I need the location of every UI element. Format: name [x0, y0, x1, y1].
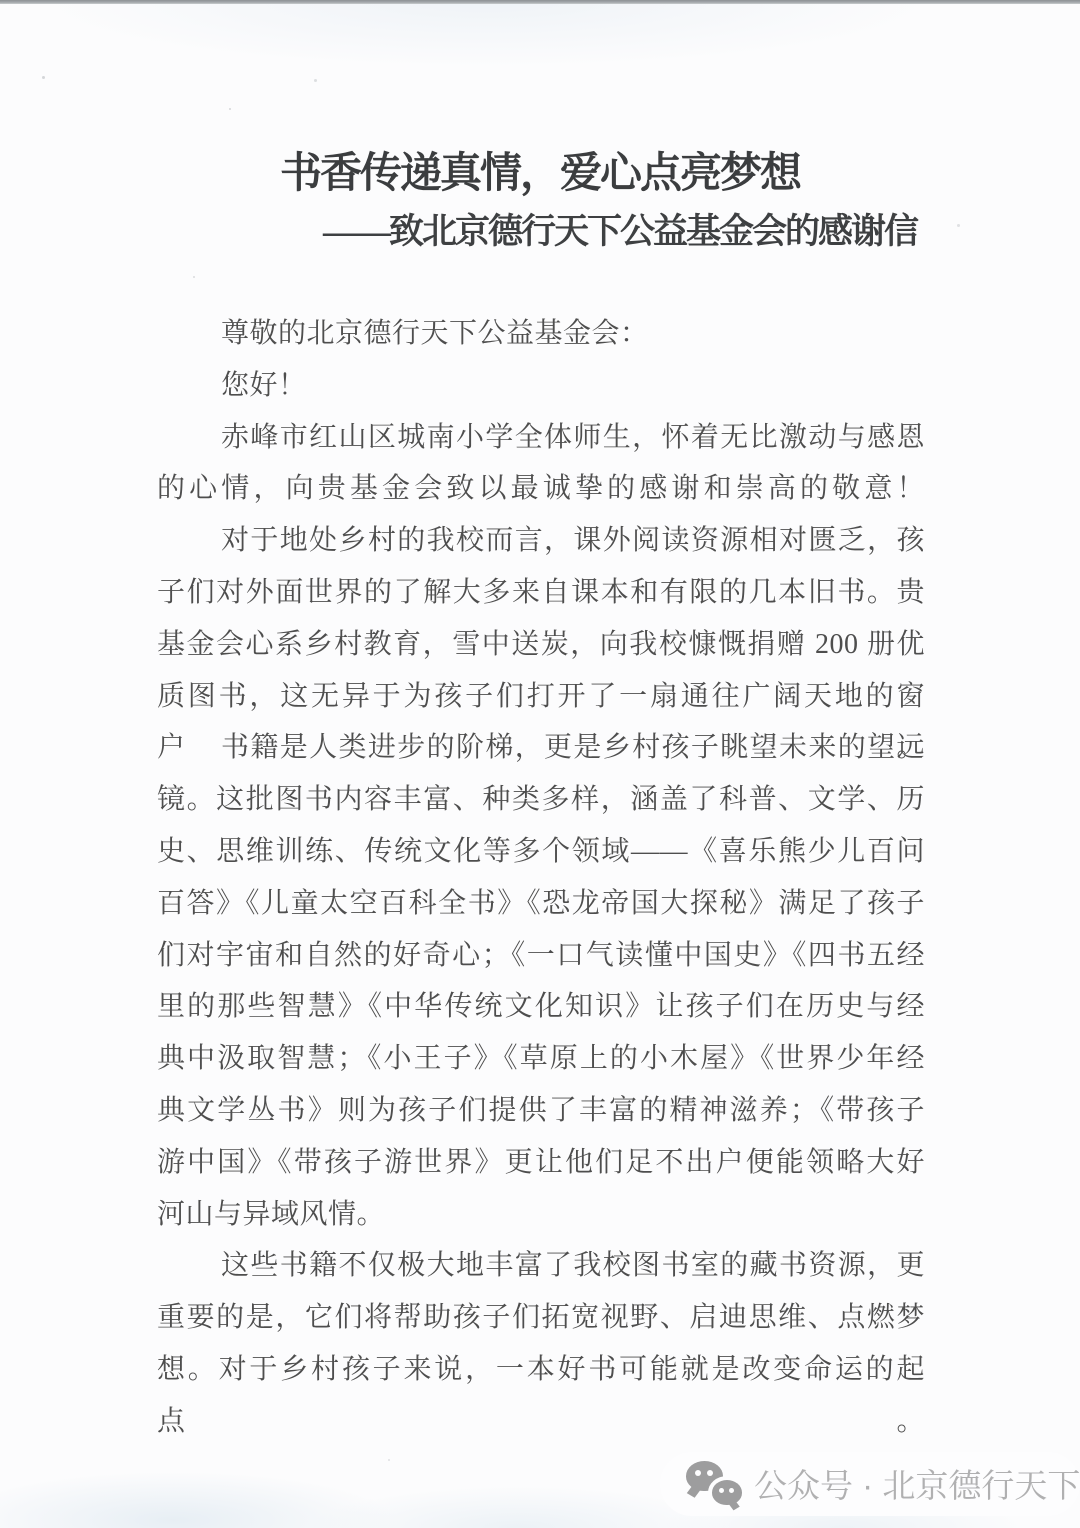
scan-speckle [314, 79, 317, 82]
wechat-bubble-small [712, 1480, 742, 1505]
letter-line: 史、思维训练、传统文化等多个领域——《喜乐熊少儿百问 [157, 826, 925, 878]
letter-line: 这些书籍不仅极大地丰富了我校图书室的藏书资源，更 [157, 1240, 925, 1292]
letter-line: 河山与异域风情。 [157, 1189, 925, 1241]
scanned-letter-page: 书香传递真情，爱心点亮梦想 ——致北京德行天下公益基金会的感谢信 尊敬的北京德行… [0, 0, 1080, 1528]
letter-line: 镜。这批图书内容丰富、种类多样，涵盖了科普、文学、历 [157, 774, 925, 826]
scan-edge-line [0, 0, 1080, 4]
letter-title: 书香传递真情，爱心点亮梦想 [0, 148, 1080, 200]
letter-line: 赤峰市红山区城南小学全体师生，怀着无比激动与感恩 [157, 412, 925, 464]
letter-line: 想。对于乡村孩子来说，一本好书可能就是改变命运的起点。 [157, 1344, 925, 1396]
letter-line: 重要的是，它们将帮助孩子们拓宽视野、启迪思维、点燃梦 [157, 1292, 925, 1344]
letter-line: 里的那些智慧》《中华传统文化知识》让孩子们在历史与经 [157, 981, 925, 1033]
wechat-watermark: 公众号 · 北京德行天下 [686, 1460, 1080, 1507]
scan-speckle [957, 224, 960, 227]
letter-line: 游中国》《带孩子游世界》更让他们足不出户便能领略大好 [157, 1137, 925, 1189]
letter-line: 基金会心系乡村教育，雪中送炭，向我校慷慨捐赠 200 册优 [157, 619, 925, 671]
letter-line: 们对宇宙和自然的好奇心；《一口气读懂中国史》《四书五经 [157, 930, 925, 982]
wechat-bubble-eye [729, 1488, 734, 1493]
wechat-account-label: 公众号 · 北京德行天下 [754, 1460, 1080, 1507]
scan-speckle [229, 108, 231, 110]
letter-line: 典中汲取智慧；《小王子》《草原上的小木屋》《世界少年经 [157, 1033, 925, 1085]
scan-speckle [193, 276, 195, 278]
letter-line: 对于地处乡村的我校而言，课外阅读资源相对匮乏，孩 [157, 515, 925, 567]
letter-line: 尊敬的北京德行天下公益基金会： [157, 308, 925, 360]
letter-line: 质图书，这无异于为孩子们打开了一扇通往广阔天地的窗户。 [157, 671, 925, 723]
letter-subtitle: ——致北京德行天下公益基金会的感谢信 [323, 207, 917, 257]
wechat-bubble-eye [695, 1470, 701, 1476]
wechat-bubble-tail [687, 1484, 701, 1498]
wechat-icon [686, 1461, 744, 1507]
letter-line: 您好！ [157, 360, 925, 412]
letter-body: 尊敬的北京德行天下公益基金会：您好！赤峰市红山区城南小学全体师生，怀着无比激动与… [157, 308, 925, 1396]
letter-line: 书籍是人类进步的阶梯，更是乡村孩子眺望未来的望远 [157, 722, 925, 774]
wechat-bubble-eye [707, 1470, 713, 1476]
letter-line: 百答》《儿童太空百科全书》《恐龙帝国大探秘》满足了孩子 [157, 878, 925, 930]
scan-speckle [42, 76, 45, 79]
scan-speckle [388, 1459, 390, 1461]
letter-line: 的心情，向贵基金会致以最诚挚的感谢和崇高的敬意！ [157, 463, 925, 515]
letter-line: 典文学丛书》则为孩子们提供了丰富的精神滋养；《带孩子 [157, 1085, 925, 1137]
letter-line: 子们对外面世界的了解大多来自课本和有限的几本旧书。贵 [157, 567, 925, 619]
wechat-bubble-eye [719, 1488, 724, 1493]
